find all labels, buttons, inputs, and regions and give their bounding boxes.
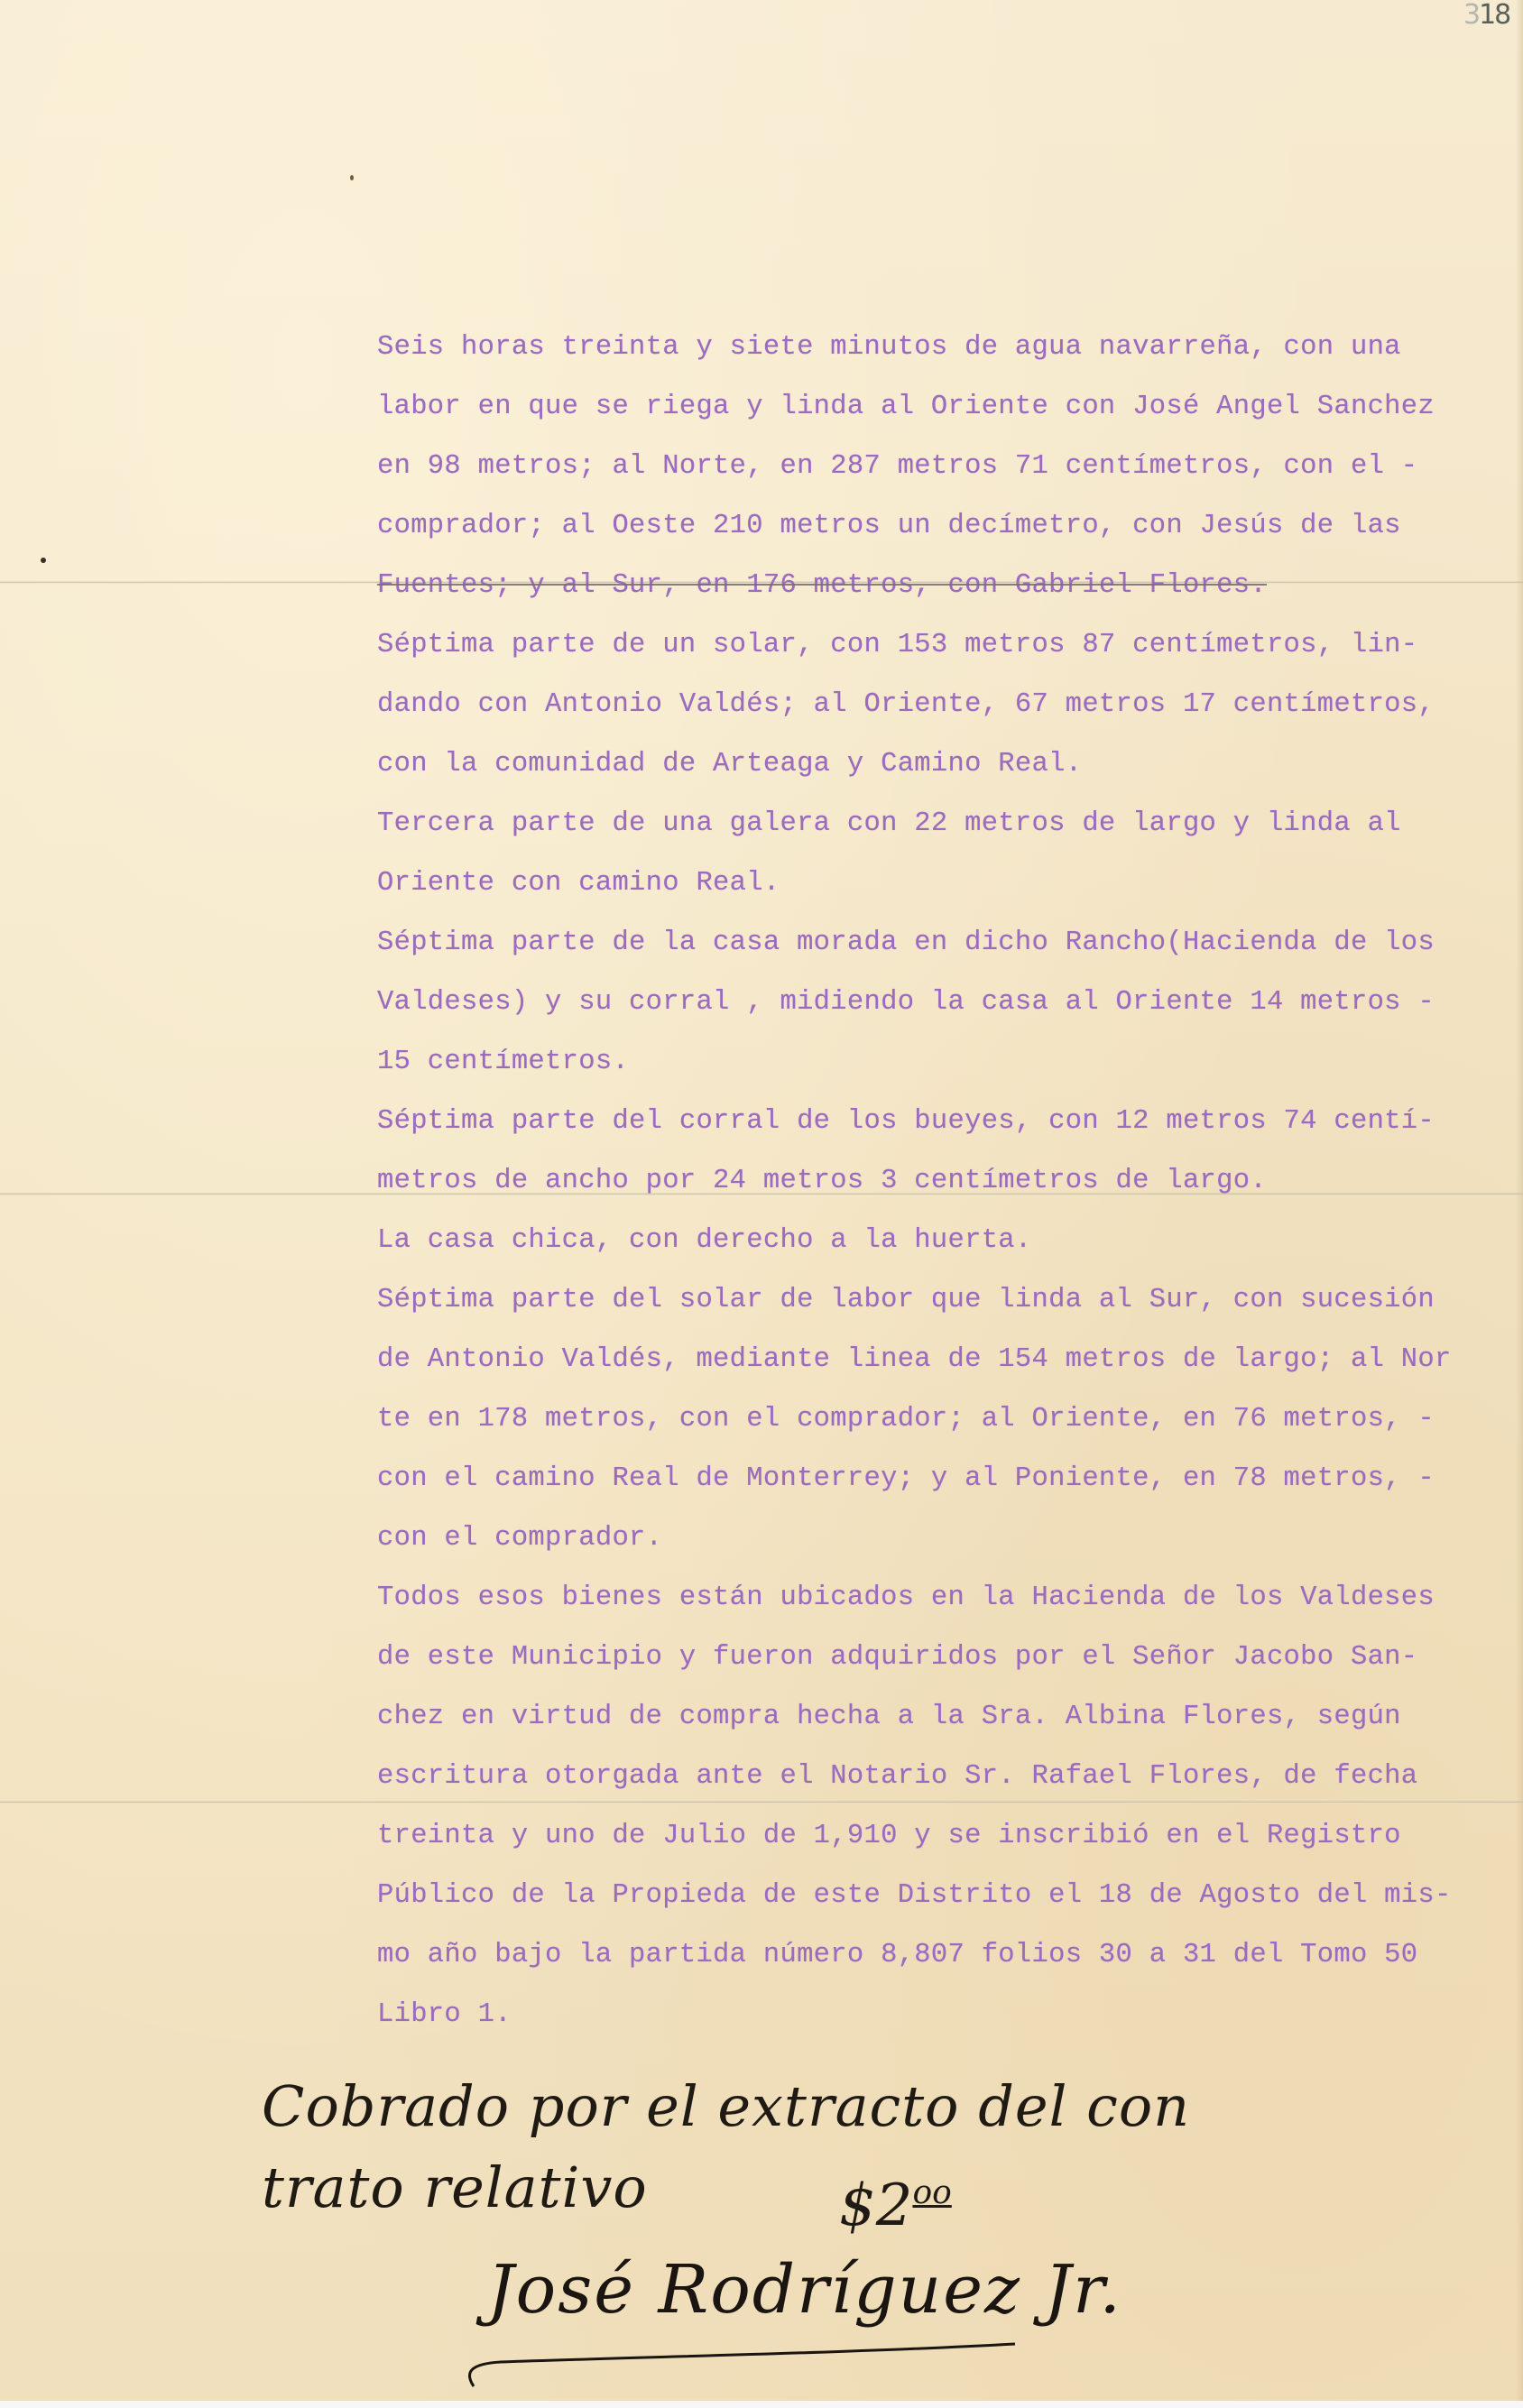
typed-line: Valdeses) y su corral , midiendo la casa… [377,980,1523,1039]
handwritten-line: Cobrado por el extracto del con [262,2066,1523,2147]
typed-line: Fuentes; y al Sur, en 176 metros, con Ga… [377,563,1523,623]
typed-line: La casa chica, con derecho a la huerta. [377,1218,1523,1278]
typed-body: Seis horas treinta y siete minutos de ag… [377,325,1523,2052]
typed-line: 15 centímetros. [377,1039,1523,1099]
typed-line: Séptima parte de un solar, con 153 metro… [377,623,1523,682]
scan-border [0,2401,1523,2408]
typed-line: comprador; al Oeste 210 metros un decíme… [377,503,1523,563]
typed-line: chez en virtud de compra hecha a la Sra.… [377,1694,1523,1754]
typed-line: Tercera parte de una galera con 22 metro… [377,801,1523,861]
signature-flourish-icon [383,2337,1033,2391]
typed-line: Séptima parte de la casa morada en dicho… [377,920,1523,980]
typed-line: de este Municipio y fueron adquiridos po… [377,1635,1523,1694]
typed-line: labor en que se riega y linda al Oriente… [377,384,1523,444]
typed-line: metros de ancho por 24 metros 3 centímet… [377,1158,1523,1218]
typed-line: Séptima parte del corral de los bueyes, … [377,1099,1523,1158]
typed-line: Todos esos bienes están ubicados en la H… [377,1575,1523,1635]
typed-line: mo año bajo la partida número 8,807 foli… [377,1933,1523,1992]
typed-line: Séptima parte del solar de labor que lin… [377,1278,1523,1337]
typed-line: Público de la Propieda de este Distrito … [377,1873,1523,1933]
folio-number: 318 [1463,0,1518,36]
ink-speck [41,558,46,563]
typed-line: con la comunidad de Arteaga y Camino Rea… [377,742,1523,801]
typed-line: dando con Antonio Valdés; al Oriente, 67… [377,682,1523,742]
document-page: 318 Seis horas treinta y siete minutos d… [0,0,1523,2408]
signature: José Rodríguez Jr. [487,2251,1122,2329]
typed-line: Seis horas treinta y siete minutos de ag… [377,325,1523,384]
typed-line: treinta y uno de Julio de 1,910 y se ins… [377,1813,1523,1873]
typed-line: escritura otorgada ante el Notario Sr. R… [377,1754,1523,1813]
handwritten-amount: $2oo [839,2173,952,2239]
typed-line: Oriente con camino Real. [377,861,1523,920]
ink-speck [350,175,354,180]
typed-line: te en 178 metros, con el comprador; al O… [377,1397,1523,1456]
typed-line: Libro 1. [377,1992,1523,2052]
typed-line: con el camino Real de Monterrey; y al Po… [377,1456,1523,1516]
typed-line: de Antonio Valdés, mediante linea de 154… [377,1337,1523,1397]
typed-line: en 98 metros; al Norte, en 287 metros 71… [377,444,1523,503]
handwritten-note: Cobrado por el extracto del con trato re… [262,2066,1523,2228]
typed-line: con el comprador. [377,1516,1523,1575]
